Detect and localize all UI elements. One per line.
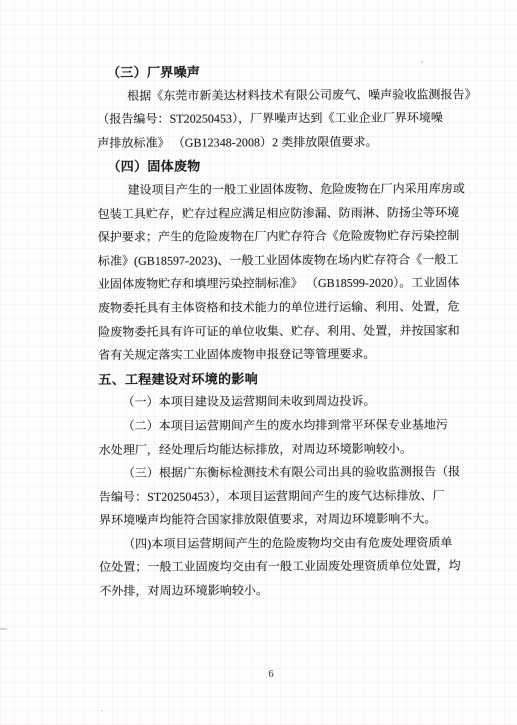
text-line: 声排放标准》 （GB12348-2008）2 类排放限值要求。 <box>97 130 459 155</box>
text-line: （三）根据广东衡标检测技术有限公司出具的验收监测报告（报 <box>99 461 461 486</box>
text-line: 省有关规定落实工业固体废物申报登记等管理要求。 <box>98 343 460 368</box>
text-line: 不外排，对周边环境影响较小。 <box>99 578 461 603</box>
text-line: 险废物委托具有许可证的单位收集、贮存、利用、处置，并按国家和 <box>98 319 460 344</box>
text-line: 根据《东莞市新美达材料技术有限公司废气、噪声验收监测报告》 <box>97 83 459 108</box>
page-number: 6 <box>262 669 280 680</box>
scan-speckle <box>421 61 423 63</box>
document-page: （三）厂界噪声 根据《东莞市新美达材料技术有限公司废气、噪声验收监测报告》 （报… <box>0 0 517 725</box>
text-line: 建设项目产生的一般工业固体废物、危险废物在厂内采用库房或 <box>98 177 460 202</box>
text-line: 界环境噪声均能符合国家排放限值要求，对周边环境影响不大。 <box>99 508 461 533</box>
text-line: 标准》(GB18597-2023)、一般工业固体废物在场内贮存符合《一般工 <box>98 248 460 273</box>
text-line: 保护要求；产生的危险废物在厂内贮存符合《危险废物贮存污染控制 <box>98 225 460 250</box>
document-body: （三）厂界噪声 根据《东莞市新美达材料技术有限公司废气、噪声验收监测报告》 （报… <box>97 59 461 603</box>
section-heading-environmental-impact: 五、工程建设对环境的影响 <box>98 366 460 391</box>
text-line: （二）本项目运营期间产生的废水均排到常平环保专业基地污 <box>99 413 461 438</box>
text-line: （一）本项目建设及运营期间未收到周边投诉。 <box>98 390 460 415</box>
text-line: 位处置；一般工业固废均交由有一般工业固废处理资质单位处置，均 <box>99 555 461 580</box>
text-line: （四)本项目运营期间产生的危险废物均交由有危废处理资质单 <box>99 531 461 556</box>
text-line: 包装工具贮存，贮存过程应满足相应防渗漏、防雨淋、防扬尘等环境 <box>98 201 460 226</box>
scan-speckle <box>101 710 103 712</box>
text-line: （报告编号：ST20250453），厂界噪声达到《工业企业厂界环境噪 <box>97 107 459 132</box>
text-line: 告编号：ST20250453），本项目运营期间产生的废气达标排放、厂 <box>99 484 461 509</box>
text-line: 业固体废物贮存和填埋污染控制标准》 （GB18599-2020）。工业固体 <box>98 272 460 297</box>
scan-speckle <box>0 628 7 630</box>
section-heading-solid-waste: （四）固体废物 <box>97 154 459 179</box>
text-line: 废物委托具有主体资格和技术能力的单位进行运输、利用、处置，危 <box>98 295 460 320</box>
text-line: 水处理厂，经处理后均能达标排放，对周边环境影响较小。 <box>99 437 461 462</box>
section-heading-factory-noise: （三）厂界噪声 <box>97 59 459 84</box>
